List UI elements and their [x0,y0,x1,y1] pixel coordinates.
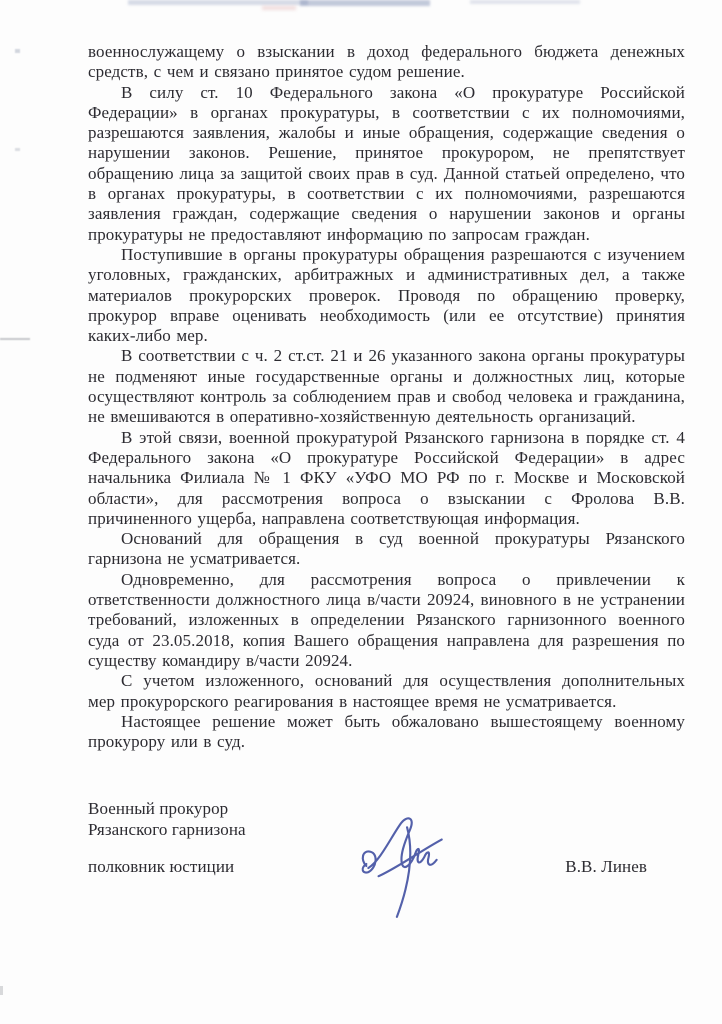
body-paragraph: С учетом изложенного, оснований для осущ… [88,671,685,712]
body-paragraph: В этой связи, военной прокуратурой Рязан… [88,428,685,529]
scan-dash-left [0,986,3,995]
body-paragraph: В соответствии с ч. 2 ст.ст. 21 и 26 ука… [88,346,685,427]
scan-smudge-top [470,0,580,4]
scan-speck [15,49,20,53]
scan-smudge-top [128,0,308,5]
scan-smudge-top [300,0,430,6]
scan-smudge-pink [262,6,296,10]
body-paragraph: В силу ст. 10 Федерального закона «О про… [88,83,685,245]
scan-line-left [0,338,30,340]
signatory-position-line2: Рязанского гарнизона [88,820,685,841]
signatory-block: Военный прокурор Рязанского гарнизона по… [88,799,685,878]
body-paragraph: Одновременно, для рассмотрения вопроса о… [88,570,685,671]
body-paragraph: Оснований для обращения в суд военной пр… [88,529,685,570]
body-paragraph: Настоящее решение может быть обжаловано … [88,712,685,753]
letter-body: военнослужащему о взыскании в доход феде… [88,42,685,752]
scanned-letter-page: военнослужащему о взыскании в доход феде… [0,0,722,1024]
scan-speck [15,148,20,151]
body-paragraph: военнослужащему о взыскании в доход феде… [88,42,685,83]
signatory-name: В.В. Линев [565,857,647,878]
body-paragraph: Поступившие в органы прокуратуры обращен… [88,245,685,346]
signatory-position-line1: Военный прокурор [88,799,685,820]
signatory-rank: полковник юстиции [88,857,234,878]
